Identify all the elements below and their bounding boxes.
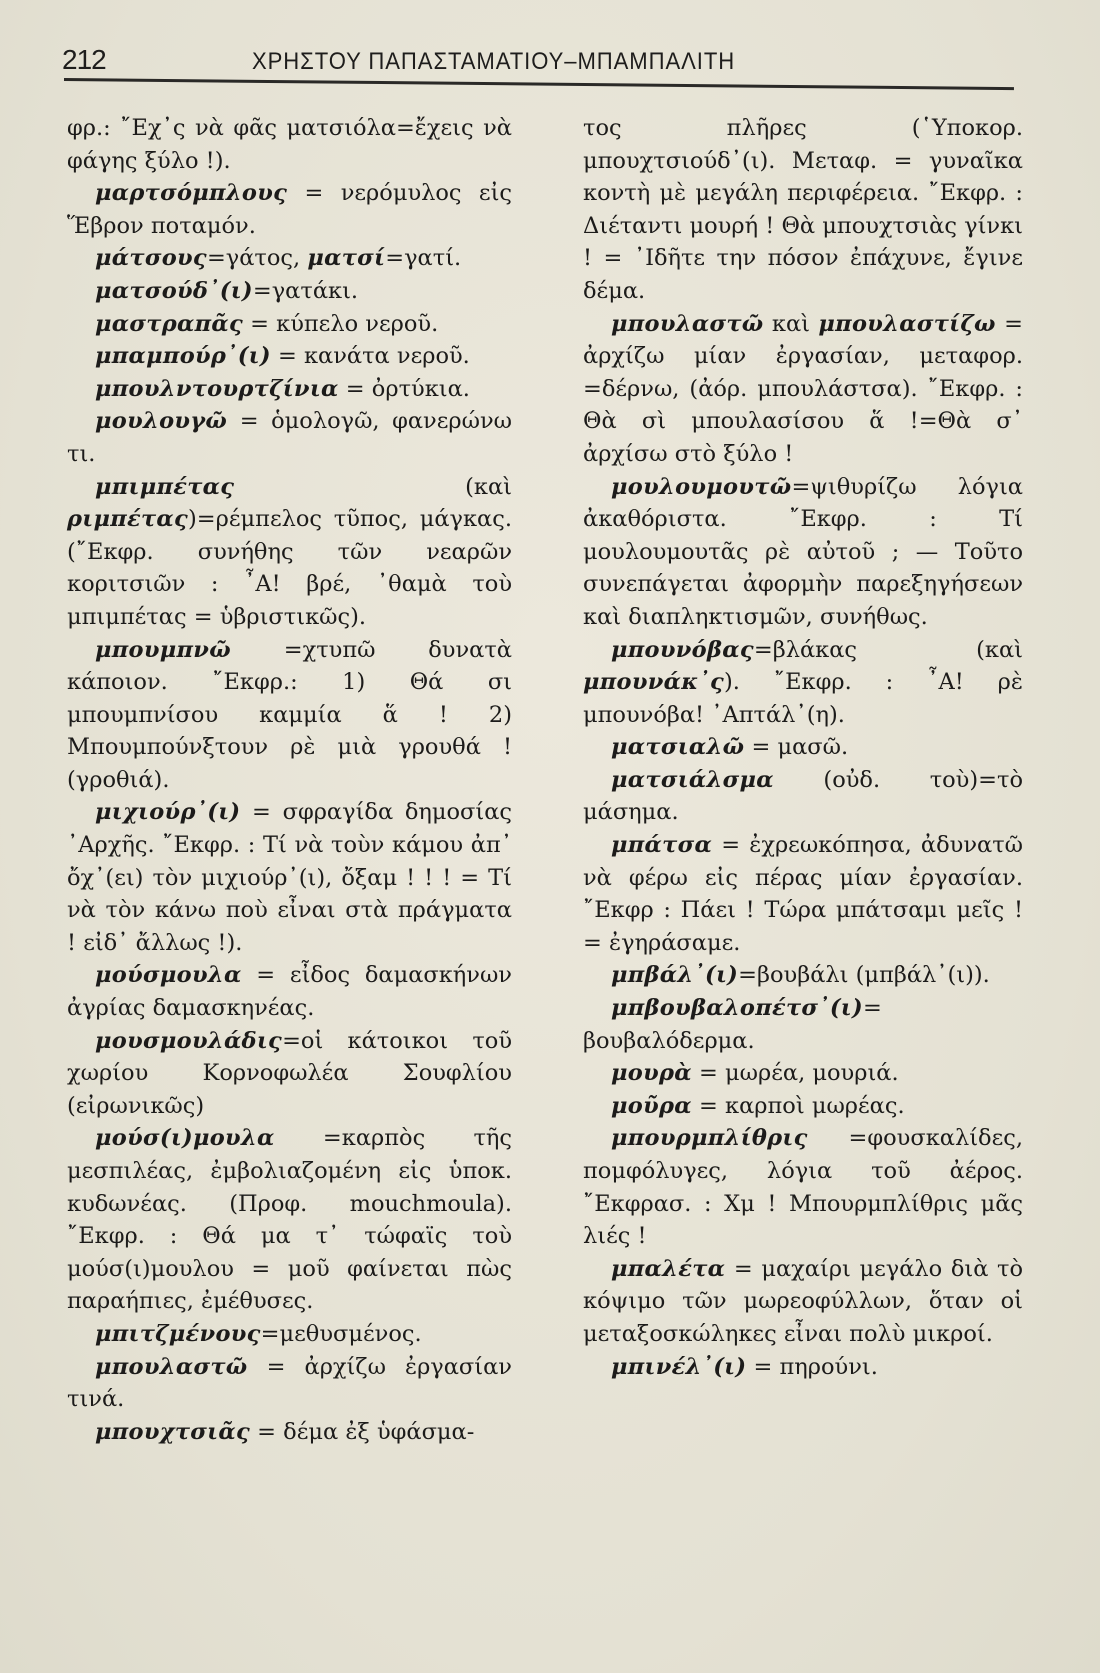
headword: μπβάλ᾽(ι): [611, 962, 738, 988]
definition: =γατί.: [385, 245, 461, 271]
dictionary-entry: μούσμουλα = εἶδος δαμασκήνων ἀγρίας δαμα…: [67, 959, 512, 1024]
dictionary-entry: μπάτσα = ἐχρεωκόπησα, ἀδυνατῶ νὰ φέρω εἰ…: [583, 829, 1023, 959]
dictionary-entry: μπβουβαλοπέτσ᾽(ι)= βουβαλόδερμα.: [583, 992, 1023, 1057]
definition: =βλάκας (καὶ: [754, 637, 1023, 663]
headword: μιχιούρ᾽(ι): [95, 799, 240, 825]
definition: = μασῶ.: [744, 734, 848, 760]
running-head: ΧΡΗΣΤΟΥ ΠΑΠΑΣΤΑΜΑΤΙΟΥ–ΜΠΑΜΠΑΛΙΤΗ: [252, 48, 735, 76]
dictionary-entry: ματσιαλῶ = μασῶ.: [583, 731, 1023, 764]
headword: μπβουβαλοπέτσ᾽(ι): [611, 995, 863, 1021]
definition: = ὀρτύκια.: [339, 376, 470, 402]
dictionary-entry: τος πλῆρες (῾Υποκορ. μπουχτσιούδ᾽(ι). Με…: [583, 112, 1023, 308]
definition: = κύπελο νεροῦ.: [243, 311, 438, 337]
dictionary-entry: μούσ(ι)μουλα =καρπὸς τῆς μεσπιλέας, ἐμβο…: [67, 1122, 512, 1318]
dictionary-entry: μπουμπνῶ =χτυπῶ δυνατὰ κάποιον. ῎Εκφρ.: …: [67, 634, 512, 797]
header-rule: [64, 78, 1014, 90]
headword: μοῦρα: [611, 1093, 692, 1119]
dictionary-entry: μαρτσόμπλους = νερόμυλος εἰς Ἕβρον ποταμ…: [67, 177, 512, 242]
page-header: 212 ΧΡΗΣΤΟΥ ΠΑΠΑΣΤΑΜΑΤΙΟΥ–ΜΠΑΜΠΑΛΙΤΗ: [62, 38, 1022, 78]
headword: μπουρμπλίθρις: [611, 1125, 808, 1151]
headword: μπινέλ᾽(ι): [611, 1354, 746, 1380]
dictionary-entry: φρ.: ῎Εχ᾽ς νὰ φᾶς ματσιόλα=ἔχεις νὰ φάγη…: [67, 112, 512, 177]
dictionary-entry: μουσμουλάδις=οἱ κάτοικοι τοῦ χωρίου Κορν…: [67, 1025, 512, 1123]
headword: μπουνόβας: [611, 637, 754, 663]
headword: μουλουμουτῶ: [611, 474, 791, 500]
headword: μούσ(ι)μουλα: [95, 1125, 275, 1151]
headword: ματσιάλσμα: [611, 767, 774, 793]
dictionary-entry: μπβάλ᾽(ι)=βουβάλι (μπβάλ᾽(ι)).: [583, 959, 1023, 992]
headword: μαστραπᾶς: [95, 311, 243, 337]
dictionary-entry: μπουνόβας=βλάκας (καὶ μπουνάκ᾽ς). ῎Εκφρ.…: [583, 634, 1023, 732]
definition: = δέμα ἐξ ὑφάσμα-: [250, 1419, 474, 1445]
dictionary-entry: μπιτζμένους=μεθυσμένος.: [67, 1318, 512, 1351]
headword: μουλουγῶ: [95, 408, 227, 434]
headword: μούσμουλα: [95, 962, 242, 988]
dictionary-entry: ματσιάλσμα (οὐδ. τοὺ)=τὸ μάσημα.: [583, 764, 1023, 829]
definition: = κανάτα νεροῦ.: [271, 343, 470, 369]
dictionary-entry: ματσούδ᾽(ι)=γατάκι.: [67, 275, 512, 308]
headword: μπαμπούρ᾽(ι): [95, 343, 271, 369]
headword: μάτσους: [95, 245, 207, 271]
headword: μπάτσα: [611, 832, 712, 858]
definition: (καὶ: [234, 474, 512, 500]
dictionary-entry: μπουλντουρτζίνια = ὀρτύκια.: [67, 373, 512, 406]
headword: μπουλντουρτζίνια: [95, 376, 339, 402]
definition: τος πλῆρες (῾Υποκορ. μπουχτσιούδ᾽(ι). Με…: [583, 115, 1023, 304]
definition: =γάτος,: [207, 245, 307, 271]
dictionary-entry: μπουχτσιᾶς = δέμα ἐξ ὑφάσμα-: [67, 1416, 512, 1449]
definition: = πηρούνι.: [746, 1354, 878, 1380]
definition: = καρποὶ μωρέας.: [692, 1093, 905, 1119]
headword: μπιτζμένους: [95, 1321, 261, 1347]
headword: ματσί: [307, 245, 385, 271]
headword: ματσούδ᾽(ι): [95, 278, 253, 304]
definition: καὶ: [764, 311, 819, 337]
dictionary-entry: μάτσους=γάτος, ματσί=γατί.: [67, 242, 512, 275]
definition: =μεθυσμένος.: [261, 1321, 422, 1347]
dictionary-entry: μουλουμουτῶ=ψιθυρίζω λόγια ἀκαθόριστα. ῎…: [583, 471, 1023, 634]
dictionary-entry: μπουρμπλίθρις =φουσκαλίδες, πομφόλυγες, …: [583, 1122, 1023, 1252]
left-column: φρ.: ῎Εχ᾽ς νὰ φᾶς ματσιόλα=ἔχεις νὰ φάγη…: [67, 112, 512, 1448]
definition: =καρπὸς τῆς μεσπιλέας, ἐμβολιαζομένη εἰς…: [67, 1125, 512, 1314]
dictionary-entry: μουρὰ = μωρέα, μουριά.: [583, 1057, 1023, 1090]
definition: φρ.: ῎Εχ᾽ς νὰ φᾶς ματσιόλα=ἔχεις νὰ φάγη…: [67, 115, 512, 174]
dictionary-entry: μαστραπᾶς = κύπελο νεροῦ.: [67, 308, 512, 341]
headword: μπουχτσιᾶς: [95, 1419, 250, 1445]
dictionary-entry: μπιμπέτας (καὶ ριμπέτας)=ρέμπελος τῦπος,…: [67, 471, 512, 634]
headword: μπουμπνῶ: [95, 637, 231, 663]
definition: =γατάκι.: [253, 278, 358, 304]
dictionary-entry: μιχιούρ᾽(ι) = σφραγίδα δημοσίας ᾽Αρχῆς. …: [67, 796, 512, 959]
headword: μουρὰ: [611, 1060, 692, 1086]
definition: = μωρέα, μουριά.: [692, 1060, 899, 1086]
headword: ριμπέτας: [67, 506, 188, 532]
dictionary-entry: μπαλέτα = μαχαίρι μεγάλο διὰ τὸ κόψιμο τ…: [583, 1253, 1023, 1351]
dictionary-entry: μουλουγῶ = ὁμολογῶ, φανερώνω τι.: [67, 405, 512, 470]
headword: μπουλαστῶ: [611, 311, 764, 337]
dictionary-entry: μπινέλ᾽(ι) = πηρούνι.: [583, 1351, 1023, 1384]
headword: μπουλαστῶ: [95, 1354, 248, 1380]
headword: μπιμπέτας: [95, 474, 234, 500]
headword: μπουνάκ᾽ς: [583, 669, 724, 695]
headword: μπαλέτα: [611, 1256, 725, 1282]
dictionary-entry: μπουλαστῶ καὶ μπουλαστίζω = ἀρχίζω μίαν …: [583, 308, 1023, 471]
headword: μπουλαστίζω: [818, 311, 995, 337]
dictionary-entry: μπαμπούρ᾽(ι) = κανάτα νεροῦ.: [67, 340, 512, 373]
dictionary-entry: μοῦρα = καρποὶ μωρέας.: [583, 1090, 1023, 1123]
headword: μαρτσόμπλους: [95, 180, 287, 206]
definition: =βουβάλι (μπβάλ᾽(ι)).: [738, 962, 990, 988]
right-column: τος πλῆρες (῾Υποκορ. μπουχτσιούδ᾽(ι). Με…: [583, 112, 1023, 1383]
headword: ματσιαλῶ: [611, 734, 744, 760]
headword: μουσμουλάδις: [95, 1028, 282, 1054]
dictionary-entry: μπουλαστῶ = ἀρχίζω ἐργασίαν τινά.: [67, 1351, 512, 1416]
page-number: 212: [62, 44, 106, 76]
